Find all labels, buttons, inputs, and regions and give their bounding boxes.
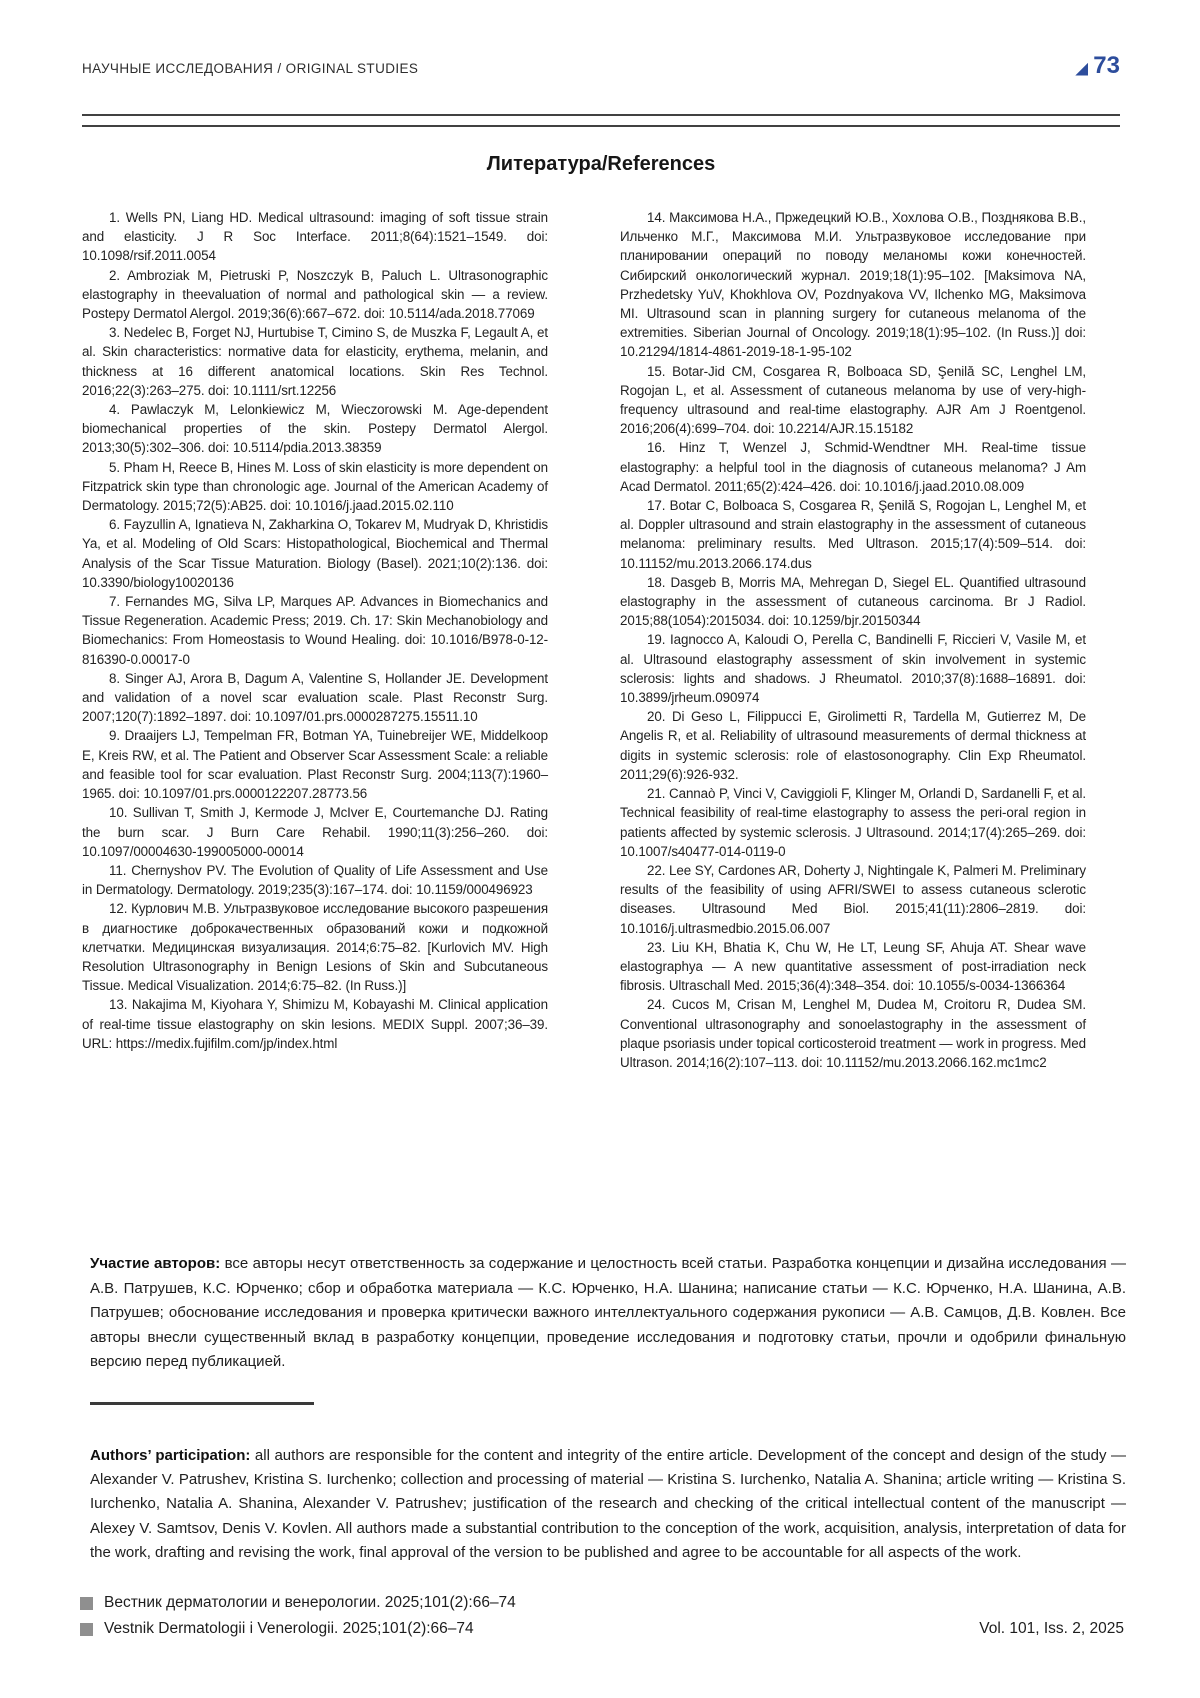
bullet-square-icon [80,1623,93,1636]
bullet-square-icon [80,1597,93,1610]
reference-item: 12. Курлович М.В. Ультразвуковое исследо… [82,899,548,995]
participation-en-label: Authors’ participation: [90,1447,250,1464]
section-separator [90,1402,314,1405]
references-section: 1. Wells PN, Liang HD. Medical ultrasoun… [82,208,1120,1072]
reference-item: 16. Hinz T, Wenzel J, Schmid-Wendtner MH… [620,438,1086,496]
participation-ru-label: Участие авторов: [90,1255,220,1272]
reference-item: 7. Fernandes MG, Silva LP, Marques AP. A… [82,592,548,669]
page-number-value: 73 [1093,52,1120,80]
triangle-icon [1075,63,1088,76]
reference-item: 2. Ambroziak M, Pietruski P, Noszczyk B,… [82,266,548,324]
page-header: НАУЧНЫЕ ИССЛЕДОВАНИЯ / ORIGINAL STUDIES … [82,52,1120,80]
reference-item: 4. Pawlaczyk M, Lelonkiewicz M, Wieczoro… [82,400,548,458]
reference-item: 23. Liu KH, Bhatia K, Chu W, He LT, Leun… [620,938,1086,996]
reference-item: 6. Fayzullin A, Ignatieva N, Zakharkina … [82,515,548,592]
reference-item: 1. Wells PN, Liang HD. Medical ultrasoun… [82,208,548,266]
participation-en-text: all authors are responsible for the cont… [90,1447,1126,1561]
reference-item: 24. Cucos M, Crisan M, Lenghel M, Dudea … [620,995,1086,1072]
reference-item: 18. Dasgeb B, Morris MA, Mehregan D, Sie… [620,573,1086,631]
reference-item: 19. Iagnocco A, Kaloudi O, Perella C, Ba… [620,630,1086,707]
page-number: 73 [1075,52,1120,80]
reference-item: 21. Cannaò P, Vinci V, Caviggioli F, Kli… [620,784,1086,861]
reference-item: 10. Sullivan T, Smith J, Kermode J, McIv… [82,803,548,861]
references-column-right: 14. Максимова Н.А., Пржедецкий Ю.В., Хох… [620,208,1086,1072]
section-heading: НАУЧНЫЕ ИССЛЕДОВАНИЯ / ORIGINAL STUDIES [82,61,418,80]
reference-item: 5. Pham H, Reece B, Hines M. Loss of ski… [82,458,548,516]
participation-ru-text: все авторы несут ответственность за соде… [90,1255,1126,1370]
reference-item: 13. Nakajima M, Kiyohara Y, Shimizu M, K… [82,995,548,1053]
reference-item: 17. Botar C, Bolboaca S, Cosgarea R, Şen… [620,496,1086,573]
journal-page: НАУЧНЫЕ ИССЛЕДОВАНИЯ / ORIGINAL STUDIES … [0,0,1200,1698]
reference-item: 9. Draaijers LJ, Tempelman FR, Botman YA… [82,726,548,803]
reference-item: 3. Nedelec B, Forget NJ, Hurtubise T, Ci… [82,323,548,400]
authors-participation-en: Authors’ participation: all authors are … [90,1444,1126,1565]
references-column-left: 1. Wells PN, Liang HD. Medical ultrasoun… [82,208,548,1072]
reference-item: 14. Максимова Н.А., Пржедецкий Ю.В., Хох… [620,208,1086,362]
references-title: Литература/References [82,153,1120,176]
page-footer: Вестник дерматологии и венерологии. 2025… [80,1594,1124,1646]
journal-citation-ru: Вестник дерматологии и венерологии. 2025… [80,1594,1124,1612]
citation-ru-text: Вестник дерматологии и венерологии. 2025… [104,1594,516,1612]
reference-item: 22. Lee SY, Cardones AR, Doherty J, Nigh… [620,861,1086,938]
reference-item: 8. Singer AJ, Arora B, Dagum A, Valentin… [82,669,548,727]
volume-info: Vol. 101, Iss. 2, 2025 [979,1620,1124,1638]
reference-item: 20. Di Geso L, Filippucci E, Girolimetti… [620,707,1086,784]
header-double-rule [82,114,1120,127]
authors-participation-ru: Участие авторов: все авторы несут ответс… [90,1252,1126,1375]
citation-en-text: Vestnik Dermatologii i Venerologii. 2025… [104,1620,474,1638]
reference-item: 15. Botar-Jid CM, Cosgarea R, Bolboaca S… [620,362,1086,439]
reference-item: 11. Chernyshov PV. The Evolution of Qual… [82,861,548,899]
journal-citation-en: Vestnik Dermatologii i Venerologii. 2025… [80,1620,1124,1638]
